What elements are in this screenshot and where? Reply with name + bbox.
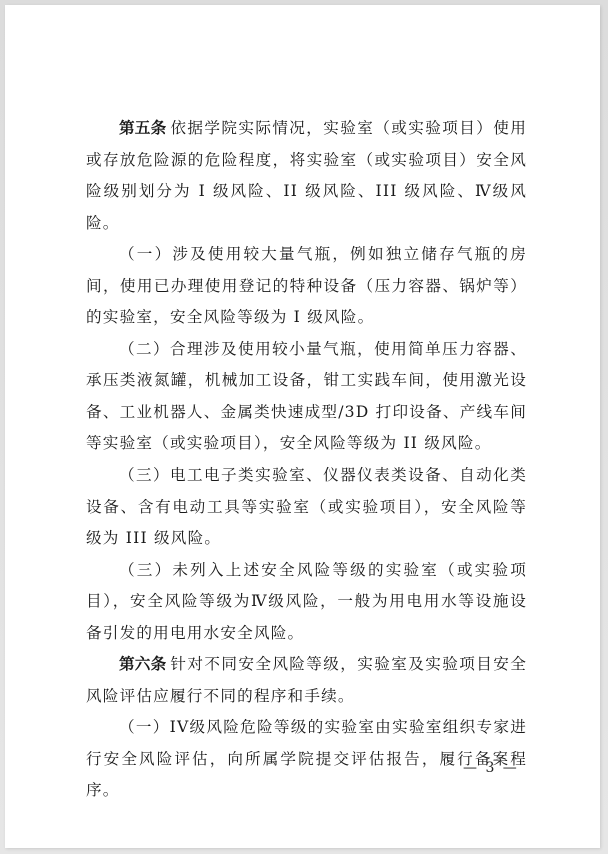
article-5-item-3: （三）电工电子类实验室、仪器仪表类设备、自动化类设备、含有电动工具等实验室（或实… bbox=[86, 460, 527, 555]
page-body: 第五条依据学院实际情况，实验室（或实验项目）使用或存放危险源的危险程度，将实验室… bbox=[86, 113, 527, 807]
document-page: 第五条依据学院实际情况，实验室（或实验项目）使用或存放危险源的危险程度，将实验室… bbox=[5, 5, 600, 848]
page-number: — 3 — bbox=[463, 760, 519, 776]
article-5-item-4: （三）未列入上述安全风险等级的实验室（或实验项目），安全风险等级为Ⅳ级风险，一般… bbox=[86, 555, 527, 650]
document-viewer: 第五条依据学院实际情况，实验室（或实验项目）使用或存放危险源的危险程度，将实验室… bbox=[0, 0, 608, 854]
article-6-paragraph: 第六条针对不同安全风险等级，实验室及实验项目安全风险评估应履行不同的程序和手续。 bbox=[86, 649, 527, 712]
article-5-item-1: （一）涉及使用较大量气瓶，例如独立储存气瓶的房间，使用已办理使用登记的特种设备（… bbox=[86, 239, 527, 334]
article-5-item-2: （二）合理涉及使用较小量气瓶，使用简单压力容器、承压类液氮罐，机械加工设备，钳工… bbox=[86, 334, 527, 460]
article-6-item-1: （一）IV级风险危险等级的实验室由实验室组织专家进行安全风险评估，向所属学院提交… bbox=[86, 712, 527, 807]
article-5-label: 第五条 bbox=[119, 119, 166, 137]
article-5-paragraph: 第五条依据学院实际情况，实验室（或实验项目）使用或存放危险源的危险程度，将实验室… bbox=[86, 113, 527, 239]
article-6-label: 第六条 bbox=[119, 655, 166, 673]
